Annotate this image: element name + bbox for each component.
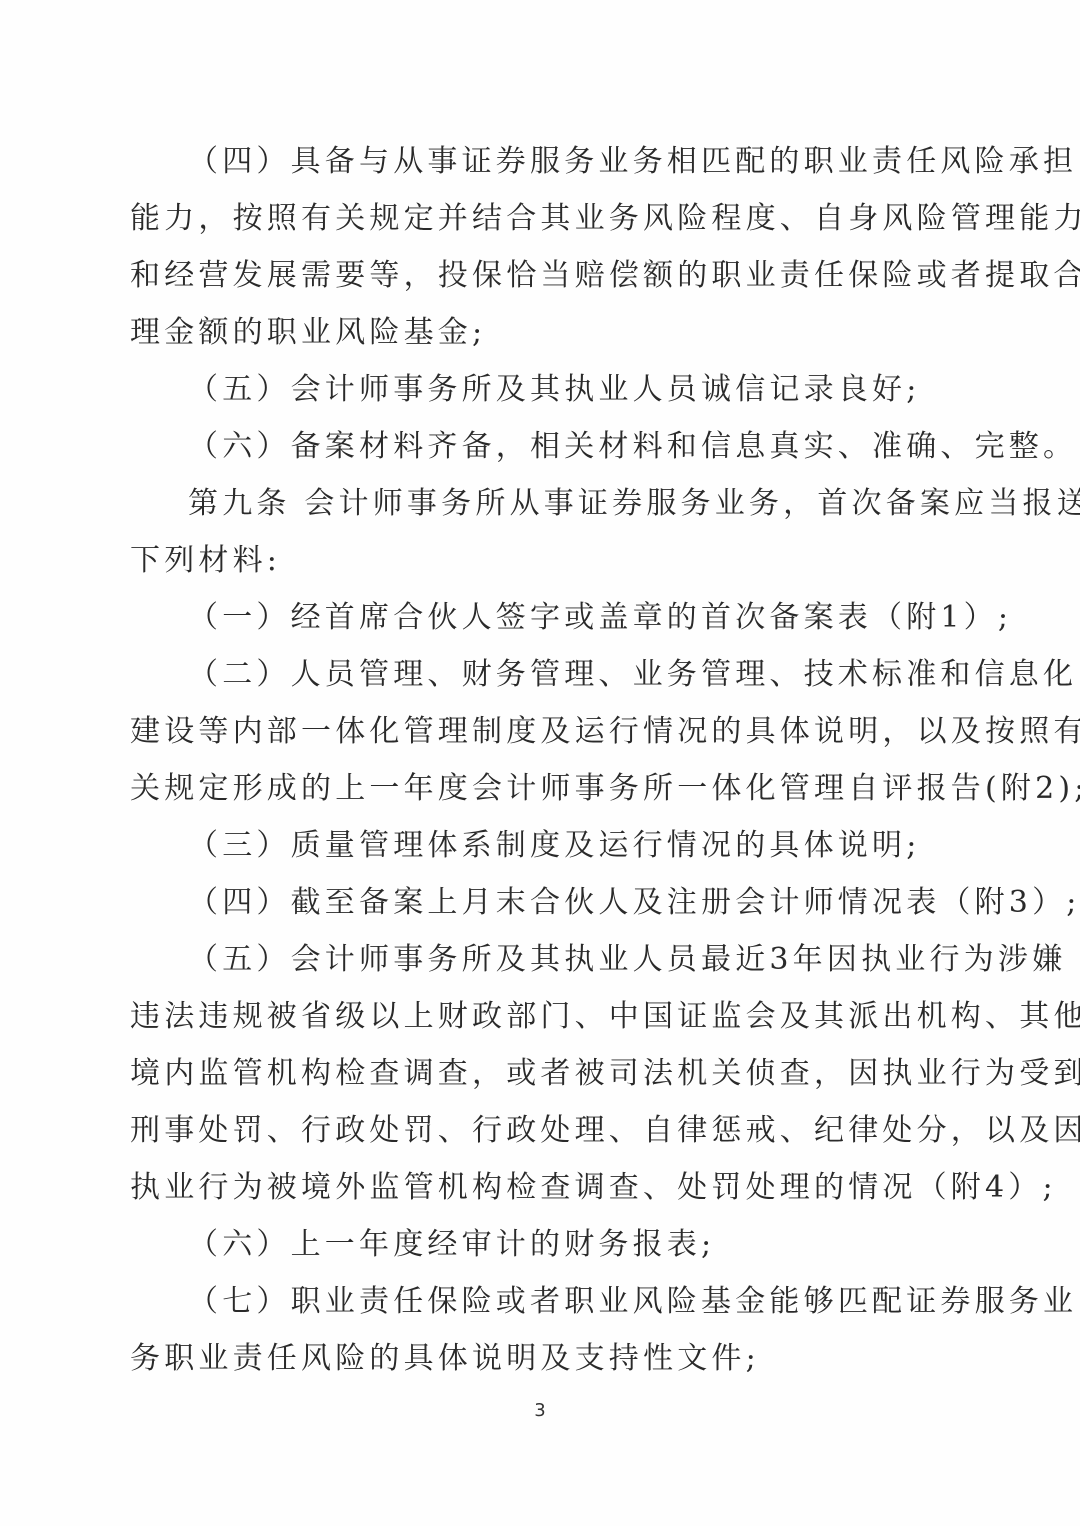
text-line: （三）质量管理体系制度及运行情况的具体说明; <box>188 826 960 866</box>
text-line: （二）人员管理、财务管理、业务管理、技术标准和信息化 <box>188 655 960 695</box>
text-line: 建设等内部一体化管理制度及运行情况的具体说明，以及按照有 <box>130 712 960 752</box>
text-line: 务职业责任风险的具体说明及支持性文件; <box>130 1339 960 1379</box>
text-line: （四）截至备案上月末合伙人及注册会计师情况表（附3）; <box>188 883 960 923</box>
article-heading-line: 第九条 会计师事务所从事证券服务业务，首次备案应当报送 <box>188 484 960 524</box>
text-line: 关规定形成的上一年度会计师事务所一体化管理自评报告(附2); <box>130 769 960 809</box>
text-line: 境内监管机构检查调查，或者被司法机关侦查，因执业行为受到 <box>130 1054 960 1094</box>
text-line: 刑事处罚、行政处罚、行政处理、自律惩戒、纪律处分，以及因 <box>130 1111 960 1151</box>
page-number: 3 <box>0 1400 1080 1422</box>
text-line: 下列材料: <box>130 541 960 581</box>
text-line: 能力，按照有关规定并结合其业务风险程度、自身风险管理能力 <box>130 199 960 239</box>
text-line: 和经营发展需要等，投保恰当赔偿额的职业责任保险或者提取合 <box>130 256 960 296</box>
text-line: （五）会计师事务所及其执业人员最近3年因执业行为涉嫌 <box>188 940 960 980</box>
text-line: （六）备案材料齐备，相关材料和信息真实、准确、完整。 <box>188 427 960 467</box>
text-line: （四）具备与从事证券服务业务相匹配的职业责任风险承担 <box>188 142 960 182</box>
document-page: （四）具备与从事证券服务业务相匹配的职业责任风险承担 能力，按照有关规定并结合其… <box>0 0 1080 1526</box>
text-line: 违法违规被省级以上财政部门、中国证监会及其派出机构、其他 <box>130 997 960 1037</box>
text-line: 执业行为被境外监管机构检查调查、处罚处理的情况（附4）; <box>130 1168 960 1208</box>
text-line: （七）职业责任保险或者职业风险基金能够匹配证券服务业 <box>188 1282 960 1322</box>
text-line: （一）经首席合伙人签字或盖章的首次备案表（附1）; <box>188 598 960 638</box>
text-line: （六）上一年度经审计的财务报表; <box>188 1225 960 1265</box>
text-line: （五）会计师事务所及其执业人员诚信记录良好; <box>188 370 960 410</box>
text-line: 理金额的职业风险基金; <box>130 313 960 353</box>
